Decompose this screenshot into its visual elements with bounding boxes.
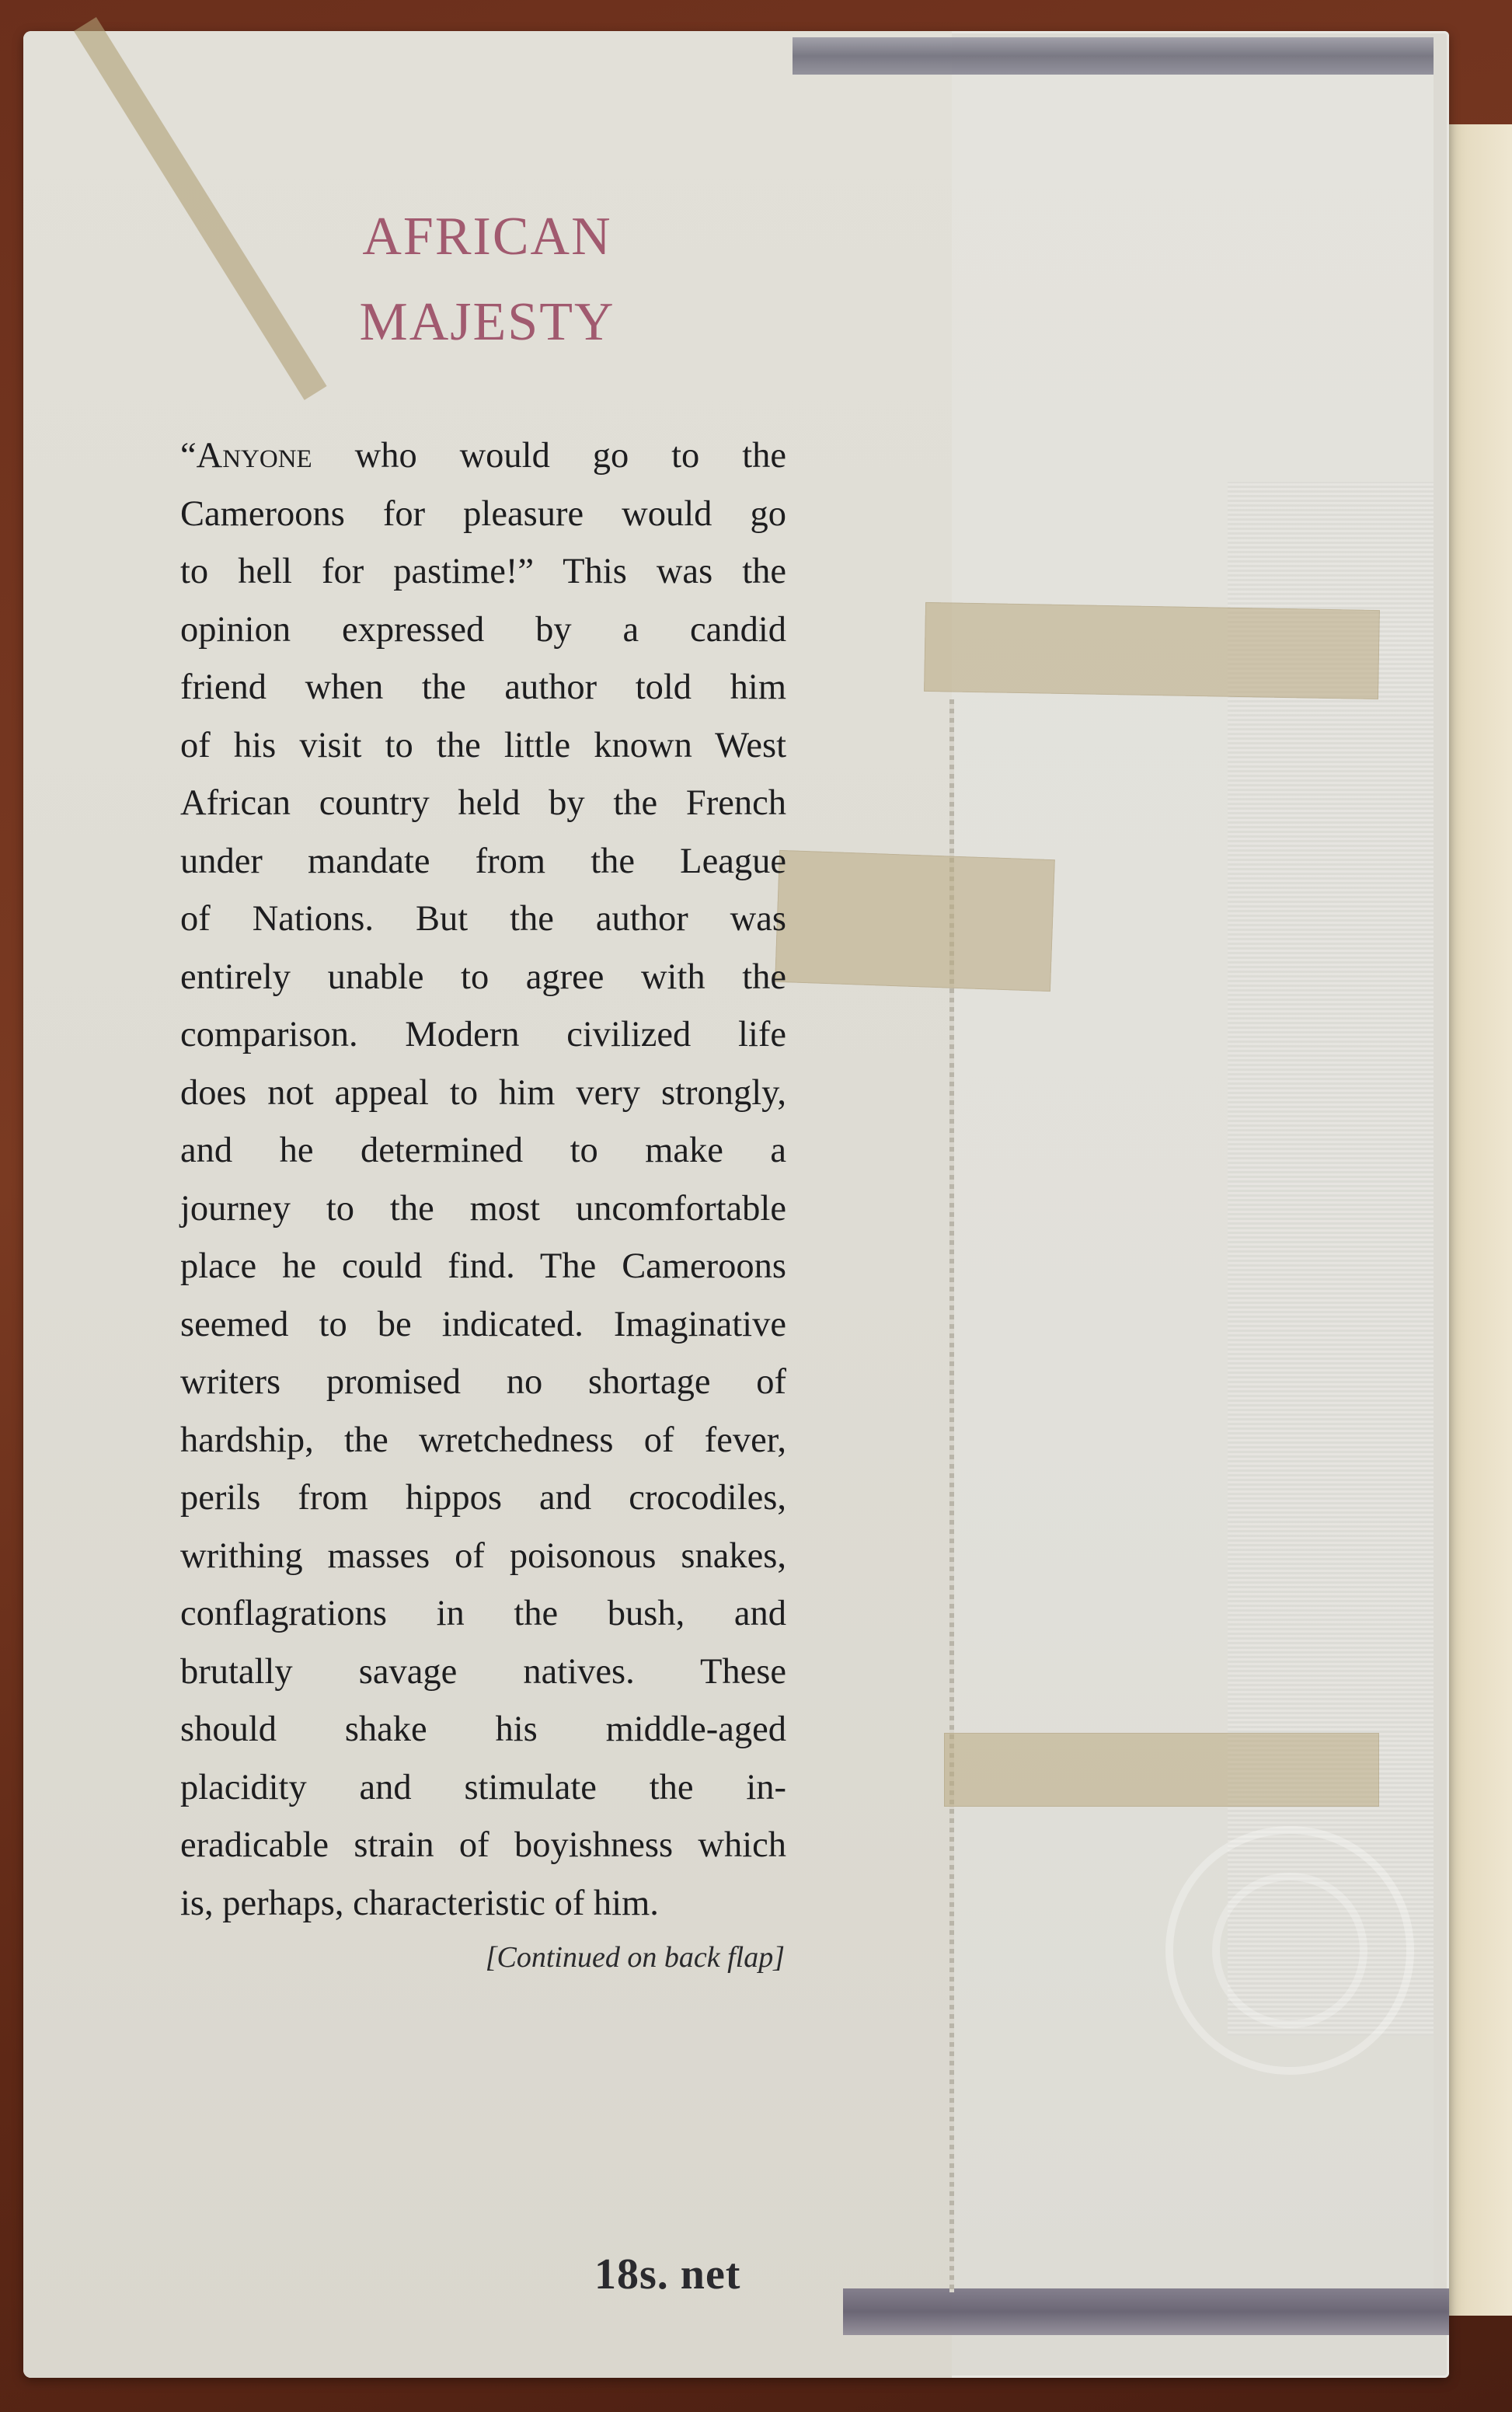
tape-strip-2 (775, 850, 1055, 992)
blurb-line: perils from hippos and crocodiles, (180, 1469, 786, 1528)
flap-content: AFRICAN MAJESTY “Anyone who would go to … (180, 194, 786, 1975)
blurb-line: African country held by the French (180, 775, 786, 833)
blurb-line: writhing masses of poisonous snakes, (180, 1528, 786, 1586)
blurb-line: seemed to be indicated. Imaginative (180, 1296, 786, 1354)
blurb-line: of Nations. But the author was (180, 891, 786, 949)
mylar-top-edge (793, 37, 1434, 75)
blurb-line: opinion expressed by a candid (180, 601, 786, 660)
blurb-line: eradicable strain of boyishness which (180, 1817, 786, 1875)
title-line-2: MAJESTY (312, 280, 662, 365)
blurb-line: friend when the author told him (180, 659, 786, 717)
mylar-bottom-edge (843, 2288, 1449, 2335)
book-title: AFRICAN MAJESTY (312, 194, 662, 365)
tape-strip-1 (924, 602, 1380, 699)
blurb-line: of his visit to the little known West (180, 717, 786, 776)
blurb-line: writers promised no shortage of (180, 1354, 786, 1412)
blurb-line: Cameroons for pleasure would go (180, 486, 786, 544)
blurb-line: brutally savage natives. These (180, 1643, 786, 1702)
blurb-line: “Anyone who would go to the (180, 427, 786, 486)
blurb-line: to hell for pastime!” This was the (180, 543, 786, 601)
title-line-1: AFRICAN (312, 194, 662, 280)
blurb-line: conflagrations in the bush, and (180, 1585, 786, 1643)
blurb-line: hardship, the wretchedness of fever, (180, 1412, 786, 1470)
mylar-glare (1212, 1873, 1367, 2028)
blurb-line: and he determined to make a (180, 1122, 786, 1180)
price-label: 18s. net (594, 2250, 740, 2299)
blurb-line: entirely unable to agree with the (180, 949, 786, 1007)
blurb-line: comparison. Modern civilized life (180, 1006, 786, 1065)
flap-blurb: “Anyone who would go to the Cameroons fo… (180, 427, 786, 1933)
blurb-line-last: is, perhaps, characteristic of him. (180, 1875, 786, 1933)
blurb-line: place he could find. The Cameroons (180, 1238, 786, 1296)
continued-note: [Continued on back flap] (180, 1940, 786, 1975)
blurb-line: under mandate from the League (180, 833, 786, 891)
tape-strip-3 (944, 1733, 1379, 1807)
blurb-line: journey to the most uncomfortable (180, 1180, 786, 1239)
blurb-line: placidity and stimulate the in- (180, 1759, 786, 1818)
blurb-line: should shake his middle-aged (180, 1701, 786, 1759)
book-page-edge (1445, 124, 1512, 2316)
blurb-line: does not appeal to him very strongly, (180, 1065, 786, 1123)
